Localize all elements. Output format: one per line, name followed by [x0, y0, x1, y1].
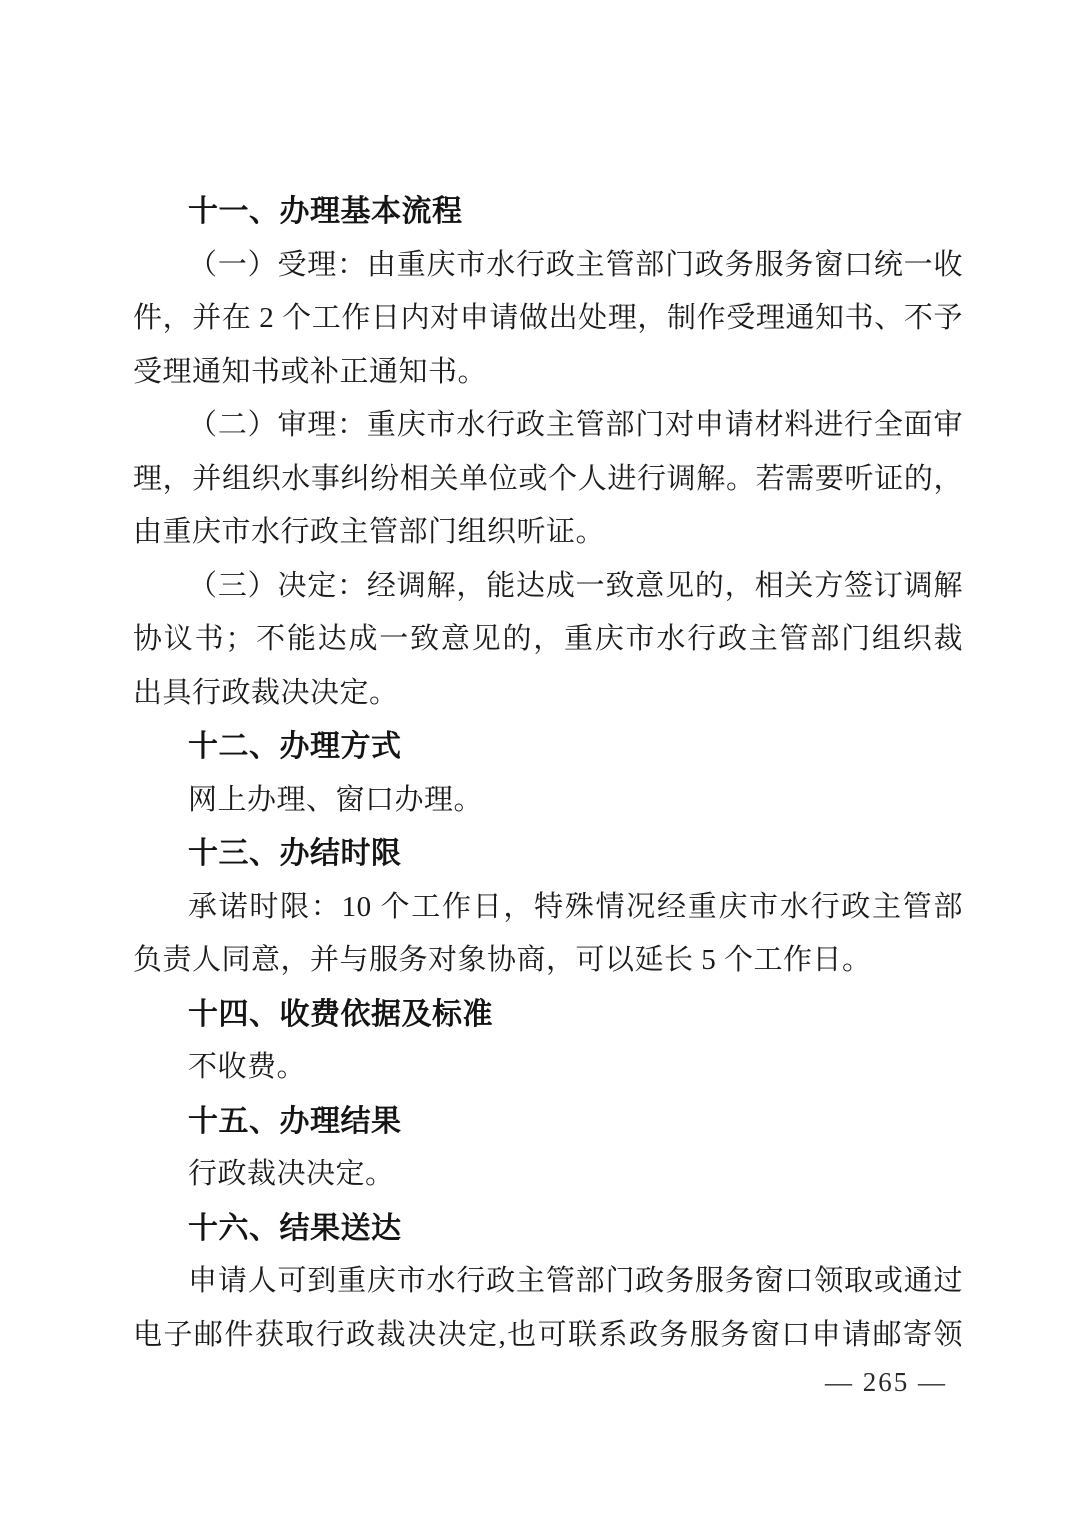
paragraph-line: 申请人可到重庆市水行政主管部门政务服务窗口领取或通过 [133, 1255, 963, 1309]
heading-handling-result: 十五、办理结果 [133, 1095, 963, 1149]
paragraph-line: 负责人同意，并与服务对象协商，可以延长 5 个工作日。 [133, 934, 963, 988]
paragraph-line: 网上办理、窗口办理。 [133, 774, 963, 828]
heading-handling-method: 十二、办理方式 [133, 720, 963, 774]
paragraph-line: 理，并组织水事纠纷相关单位或个人进行调解。若需要听证的， [133, 453, 963, 507]
paragraph-line: 承诺时限：10 个工作日，特殊情况经重庆市水行政主管部门 [133, 881, 963, 935]
document-content: 十一、办理基本流程 （一）受理：由重庆市水行政主管部门政务服务窗口统一收 件，并… [133, 185, 963, 1362]
paragraph-line: 件，并在 2 个工作日内对申请做出处理，制作受理通知书、不予 [133, 292, 963, 346]
paragraph-line: （三）决定：经调解，能达成一致意见的，相关方签订调解 [133, 560, 963, 614]
heading-fee-basis-standard: 十四、收费依据及标准 [133, 988, 963, 1042]
paragraph-line: （二）审理：重庆市水行政主管部门对申请材料进行全面审 [133, 399, 963, 453]
page-number: — 265 — [825, 1364, 947, 1400]
heading-basic-process: 十一、办理基本流程 [133, 185, 963, 239]
paragraph-line: 行政裁决决定。 [133, 1148, 963, 1202]
paragraph-line: 电子邮件获取行政裁决决定,也可联系政务服务窗口申请邮寄领取。 [133, 1309, 963, 1363]
paragraph-line: 协议书；不能达成一致意见的，重庆市水行政主管部门组织裁决、 [133, 613, 963, 667]
paragraph-line: （一）受理：由重庆市水行政主管部门政务服务窗口统一收 [133, 239, 963, 293]
paragraph-line: 受理通知书或补正通知书。 [133, 346, 963, 400]
paragraph-line: 出具行政裁决决定。 [133, 667, 963, 721]
paragraph-line: 由重庆市水行政主管部门组织听证。 [133, 506, 963, 560]
heading-result-delivery: 十六、结果送达 [133, 1202, 963, 1256]
paragraph-line: 不收费。 [133, 1041, 963, 1095]
heading-completion-time-limit: 十三、办结时限 [133, 827, 963, 881]
document-page: 十一、办理基本流程 （一）受理：由重庆市水行政主管部门政务服务窗口统一收 件，并… [0, 0, 1075, 1519]
